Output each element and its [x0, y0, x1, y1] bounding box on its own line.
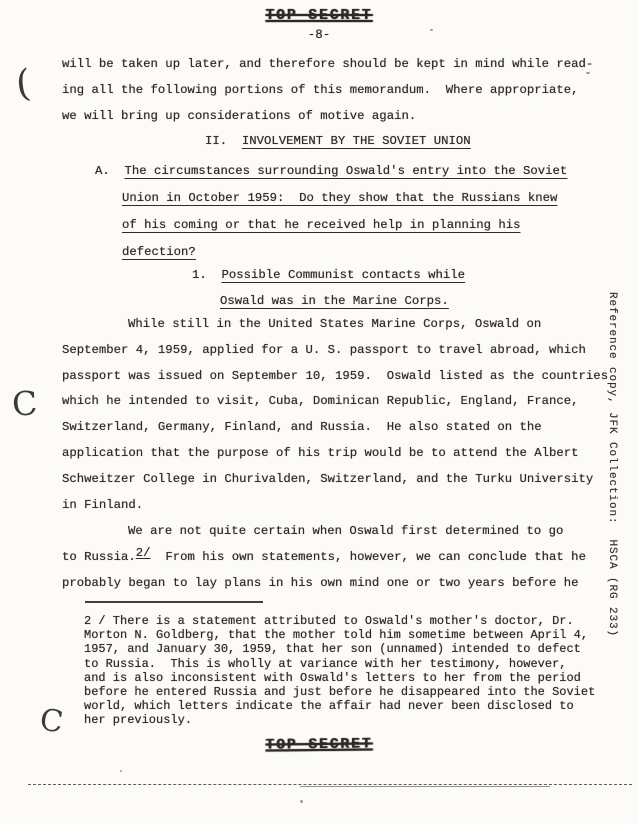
footnote-separator [85, 601, 263, 603]
text-line: application that the purpose of his trip… [62, 441, 608, 467]
document-page: TOP SECRET -8- will be taken up later, a… [0, 0, 638, 824]
margin-pencil-mark: C [11, 383, 39, 424]
subsection-a: A. The circumstances surrounding Oswald'… [95, 158, 567, 266]
underlined-text: of his coming or that he received help i… [122, 218, 520, 232]
text-line: Union in October 1959: Do they show that… [122, 185, 567, 212]
underlined-text: defection? [122, 245, 196, 259]
classification-stamp-bottom: TOP SECRET [0, 734, 638, 757]
text-line: ing all the following portions of this m… [62, 77, 593, 103]
footnote-line: before he entered Russia and just before… [84, 685, 595, 699]
heading-gap [227, 134, 242, 148]
text-line: probably began to lay plans in his own m… [62, 570, 586, 596]
footnote: 2 / There is a statement attributed to O… [84, 614, 595, 728]
text-line: 1. Possible Communist contacts while [192, 262, 465, 288]
item-label: 1. [192, 268, 207, 282]
scan-artifact-line [28, 784, 632, 785]
intro-paragraph: will be taken up later, and therefore sh… [62, 51, 593, 129]
label-gap [110, 164, 125, 178]
scan-speck [430, 29, 433, 31]
scan-speck [120, 770, 122, 772]
text-line: we will bring up considerations of motiv… [62, 103, 593, 129]
paragraph-marine-corps: While still in the United States Marine … [62, 312, 608, 518]
section-heading: II. INVOLVEMENT BY THE SOVIET UNION [205, 131, 471, 151]
text-line: Schweitzer College in Churivalden, Switz… [62, 467, 608, 493]
text-segment: From his own statements, however, we can… [151, 550, 586, 564]
text-line: September 4, 1959, applied for a U. S. p… [62, 338, 608, 364]
paragraph-determined: We are not quite certain when Oswald fir… [62, 518, 586, 596]
label-gap [207, 268, 222, 282]
scan-speck [300, 800, 303, 803]
text-line: which he intended to visit, Cuba, Domini… [62, 389, 608, 415]
underlined-text: Oswald was in the Marine Corps. [220, 294, 449, 308]
section-title: INVOLVEMENT BY THE SOVIET UNION [242, 134, 471, 148]
text-line: will be taken up later, and therefore sh… [62, 51, 593, 77]
footnote-reference: 2/ [136, 540, 151, 566]
section-numeral: II. [205, 134, 227, 148]
page-number: -8- [0, 28, 638, 42]
footnote-line: to Russia. This is wholly at variance wi… [84, 657, 595, 671]
footnote-line: 1957, and January 30, 1959, that her son… [84, 642, 595, 656]
text-line: to Russia.2/ From his own statements, ho… [62, 544, 586, 570]
text-line: of his coming or that he received help i… [122, 212, 567, 239]
footnote-line: her previously. [84, 713, 595, 727]
footnote-line: world, which letters indicate the affair… [84, 699, 595, 713]
text-line: Switzerland, Germany, Finland, and Russi… [62, 415, 608, 441]
archival-reference-note: Reference copy, JFK Collection: HSCA (RG… [606, 292, 618, 637]
scan-artifact-line [300, 786, 550, 787]
underlined-text: The circumstances surrounding Oswald's e… [125, 164, 568, 178]
margin-pencil-mark: C [38, 703, 66, 741]
text-line: passport was issued on September 10, 195… [62, 364, 608, 390]
text-line: While still in the United States Marine … [62, 312, 608, 338]
scan-speck [586, 72, 590, 74]
underlined-text: Possible Communist contacts while [222, 268, 466, 282]
underlined-text: Union in October 1959: Do they show that… [122, 191, 557, 205]
text-line: A. The circumstances surrounding Oswald'… [95, 158, 567, 185]
classification-stamp-top: TOP SECRET [0, 8, 638, 24]
text-line: in Finland. [62, 493, 608, 519]
subsection-label: A. [95, 164, 110, 178]
text-line: Oswald was in the Marine Corps. [220, 288, 465, 314]
footnote-line: 2 / There is a statement attributed to O… [84, 614, 595, 628]
margin-pencil-mark: ( [14, 61, 33, 105]
item-1: 1. Possible Communist contacts while Osw… [192, 262, 465, 314]
text-segment: to Russia. [62, 550, 136, 564]
footnote-line: and is also inconsistent with Oswald's l… [84, 671, 595, 685]
footnote-line: Morton N. Goldberg, that the mother told… [84, 628, 595, 642]
